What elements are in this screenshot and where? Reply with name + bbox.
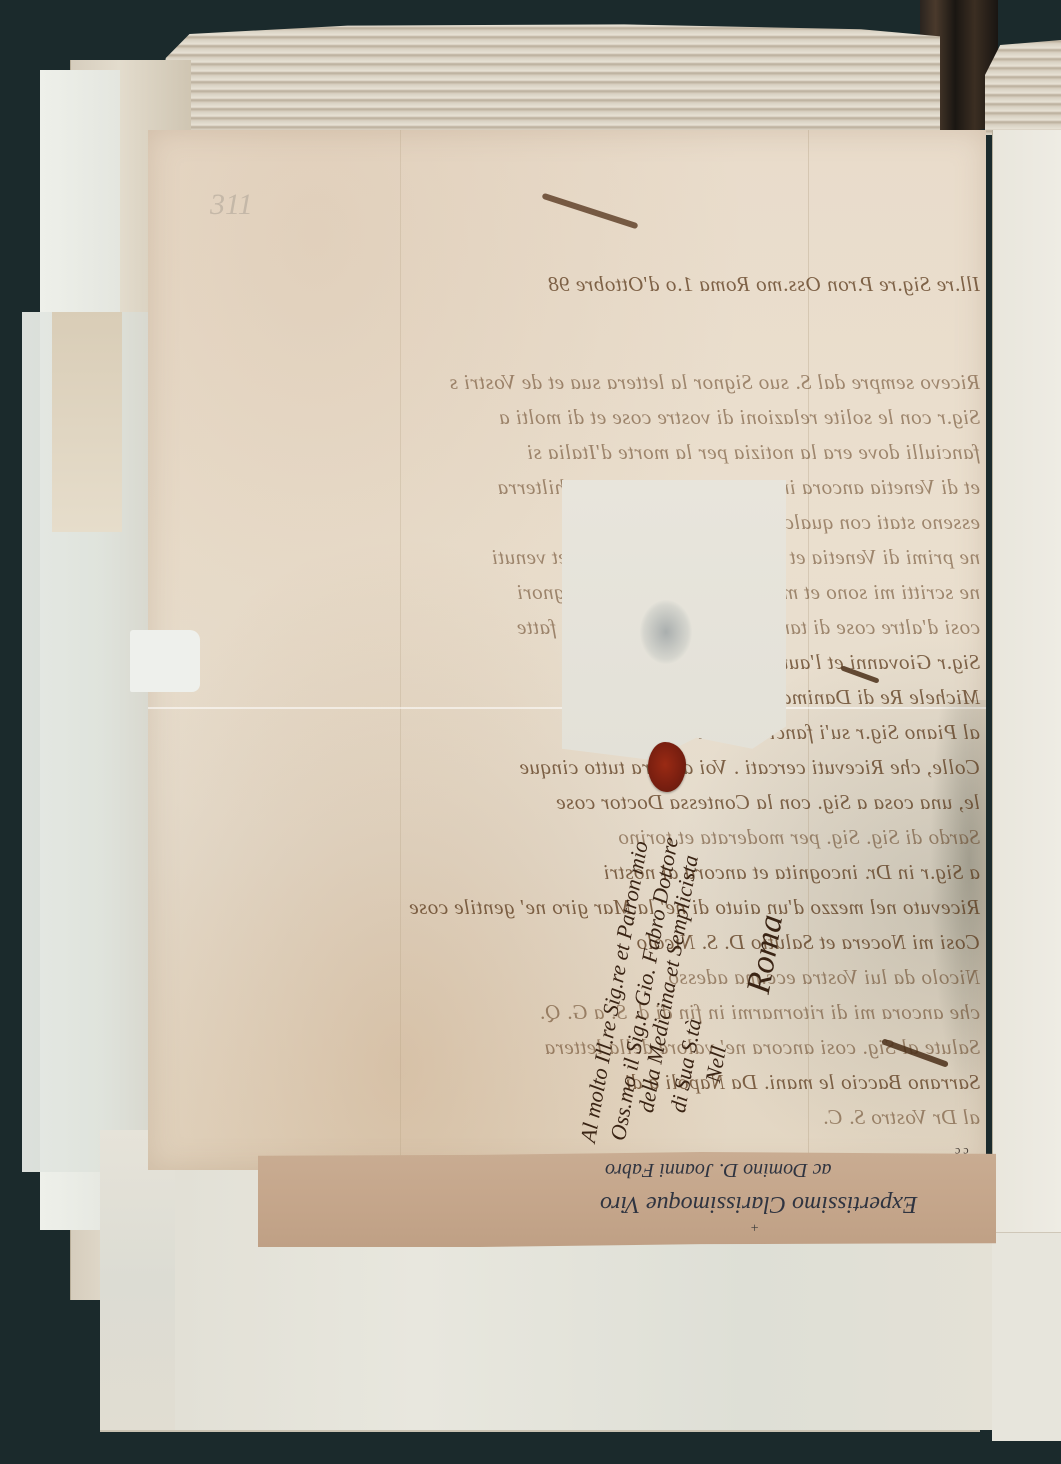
- bleed-line: Sarrano Baccio le mani. Da Napoli a di: [160, 1070, 980, 1095]
- bleed-line: Salute al Sig. cosi ancora ne' valore de…: [160, 1035, 980, 1060]
- bleed-line: Ricevuto nel mezzo d'un aiuto di ne' la …: [160, 895, 980, 920]
- folio-number: 311: [210, 188, 253, 222]
- bleed-line: che ancora mi di ritornarmi in fin di d.…: [160, 1000, 980, 1025]
- label-line-1: Expertissimo Clarissimoque Viro: [600, 1190, 917, 1217]
- label-small-mark: +: [750, 1218, 759, 1234]
- blue-grey-stain: [640, 600, 692, 664]
- bleed-line: Ill.re Sig.re P.ron Oss.mo Roma 1.o d'Ot…: [160, 272, 980, 297]
- bleed-line: fanciulli dove era la notizia per la mor…: [160, 440, 980, 465]
- bleed-line: Sig.r con le solite relazioni di vostre …: [160, 405, 980, 430]
- bleed-line: al Dr Vostro S. C.: [160, 1105, 980, 1130]
- corner-mark: c c: [955, 1144, 969, 1159]
- bleed-line: le, una cosa a Sig. con la Contessa Doct…: [160, 790, 980, 815]
- bleed-line: Colle, che Ricevuti cercati . Voi ancora…: [160, 755, 980, 780]
- label-line-2: ac Domino D. Joanni Fabro: [605, 1158, 831, 1181]
- bleed-line: Nicolo da lui Vostra ecc.ma adesso: [160, 965, 980, 990]
- bleed-line: Ricevo sempre dal S. suo Signor la lette…: [160, 370, 980, 395]
- bleed-line: a Sig.r in Dr. incognita et ancora ai no…: [160, 860, 980, 885]
- bleed-line: Sardo di Sig. Sig. per moderata et torin…: [160, 825, 980, 850]
- facing-page-lower: [992, 1232, 1061, 1441]
- tan-fragment-left: [52, 312, 122, 532]
- page-stack-top-edges: [150, 22, 940, 142]
- bleed-line: Cosi mi Nocera et Salutio D. S. Nicolo: [160, 930, 980, 955]
